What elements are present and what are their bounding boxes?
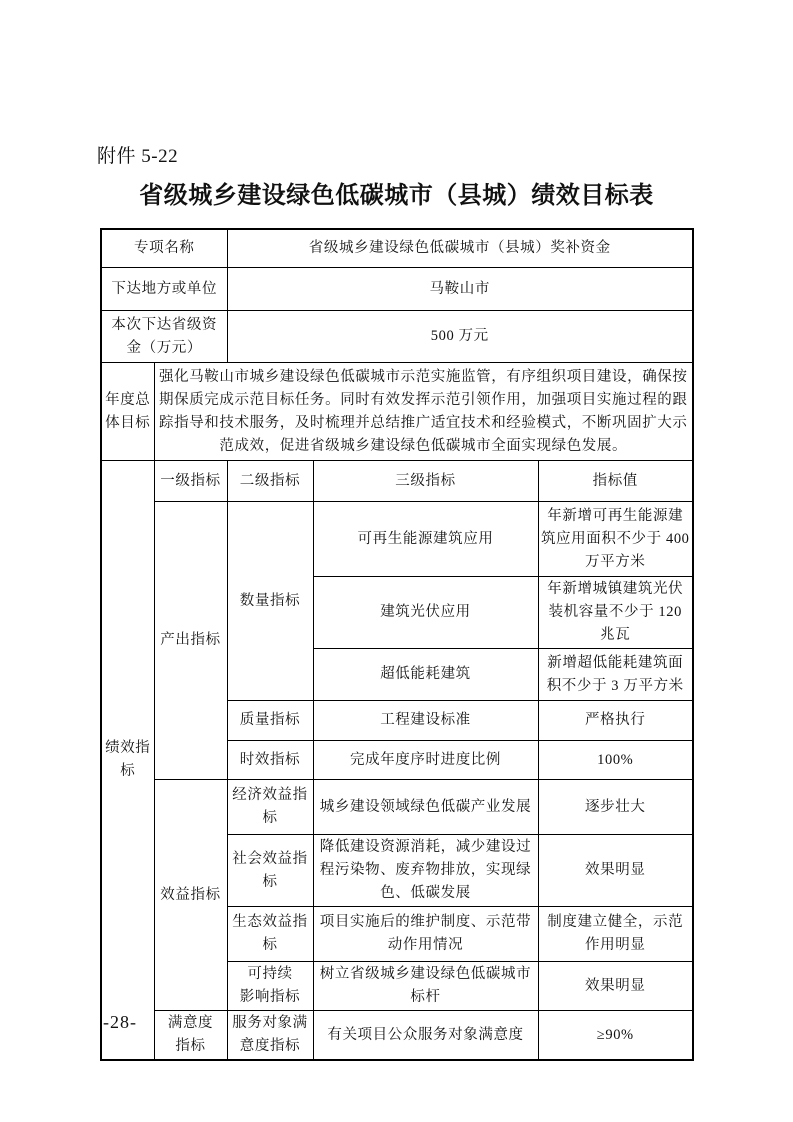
- indicator-timeliness: 完成年度序时进度比例: [313, 741, 538, 780]
- row-renewable-energy: 产出指标 数量指标 可再生能源建筑应用 年新增可再生能源建筑应用面积不少于 40…: [101, 502, 693, 577]
- value-renewable: 年新增可再生能源建筑应用面积不少于 400 万平方米: [538, 502, 693, 577]
- indicator-renewable: 可再生能源建筑应用: [313, 502, 538, 577]
- value-economic: 逐步壮大: [538, 780, 693, 835]
- sustainable-impact-label: 可持续 影响指标: [227, 962, 313, 1011]
- output-label: 产出指标: [154, 502, 227, 780]
- indicator-social: 降低建设资源消耗，减少建设过程污染物、废弃物排放，实现绿色、低碳发展: [313, 835, 538, 907]
- header-level1: 一级指标: [154, 461, 227, 502]
- annual-goal-label: 年度总体目标: [101, 363, 154, 461]
- satisfaction-sub-label: 服务对象满意度指标: [227, 1011, 313, 1061]
- fund-value: 500 万元: [227, 311, 693, 363]
- indicator-economic: 城乡建设领域绿色低碳产业发展: [313, 780, 538, 835]
- indicator-ecological: 项目实施后的维护制度、示范带动作用情况: [313, 907, 538, 962]
- indicator-building-pv: 建筑光伏应用: [313, 577, 538, 649]
- indicators-section-label: 绩效指标: [101, 461, 154, 1061]
- header-value: 指标值: [538, 461, 693, 502]
- row-region: 下达地方或单位 马鞍山市: [101, 268, 693, 311]
- timeliness-label: 时效指标: [227, 741, 313, 780]
- document-page: 附件 5-22 省级城乡建设绿色低碳城市（县城）绩效目标表 专项名称 省级城乡建…: [0, 0, 793, 1122]
- value-satisfaction: ≥90%: [538, 1011, 693, 1061]
- fund-label: 本次下达省级资金（万元）: [101, 311, 227, 363]
- value-ultra-low-energy: 新增超低能耗建筑面积不少于 3 万平方米: [538, 649, 693, 701]
- ecological-benefit-label: 生态效益指标: [227, 907, 313, 962]
- value-social: 效果明显: [538, 835, 693, 907]
- row-economic-benefit: 效益指标 经济效益指标 城乡建设领域绿色低碳产业发展 逐步壮大: [101, 780, 693, 835]
- benefit-label: 效益指标: [154, 780, 227, 1011]
- quality-label: 质量指标: [227, 701, 313, 741]
- value-timeliness: 100%: [538, 741, 693, 780]
- page-number: -28-: [103, 1012, 137, 1033]
- indicator-ultra-low-energy: 超低能耗建筑: [313, 649, 538, 701]
- performance-target-table: 专项名称 省级城乡建设绿色低碳城市（县城）奖补资金 下达地方或单位 马鞍山市 本…: [100, 228, 694, 1061]
- project-name-value: 省级城乡建设绿色低碳城市（县城）奖补资金: [227, 229, 693, 268]
- social-benefit-label: 社会效益指标: [227, 835, 313, 907]
- attachment-label: 附件 5-22: [97, 141, 178, 168]
- indicator-sustainable: 树立省级城乡建设绿色低碳城市标杆: [313, 962, 538, 1011]
- value-ecological: 制度建立健全，示范作用明显: [538, 907, 693, 962]
- row-satisfaction: 满意度 指标 服务对象满意度指标 有关项目公众服务对象满意度 ≥90%: [101, 1011, 693, 1061]
- row-project-name: 专项名称 省级城乡建设绿色低碳城市（县城）奖补资金: [101, 229, 693, 268]
- annual-goal-text: 强化马鞍山市城乡建设绿色低碳城市示范实施监管，有序组织项目建设，确保按期保质完成…: [154, 363, 693, 461]
- region-label: 下达地方或单位: [101, 268, 227, 311]
- value-quality: 严格执行: [538, 701, 693, 741]
- header-level2: 二级指标: [227, 461, 313, 502]
- value-building-pv: 年新增城镇建筑光伏装机容量不少于 120 兆瓦: [538, 577, 693, 649]
- row-fund: 本次下达省级资金（万元） 500 万元: [101, 311, 693, 363]
- header-level3: 三级指标: [313, 461, 538, 502]
- economic-benefit-label: 经济效益指标: [227, 780, 313, 835]
- page-title: 省级城乡建设绿色低碳城市（县城）绩效目标表: [0, 175, 793, 210]
- satisfaction-label: 满意度 指标: [154, 1011, 227, 1061]
- indicator-satisfaction: 有关项目公众服务对象满意度: [313, 1011, 538, 1061]
- quantity-label: 数量指标: [227, 502, 313, 701]
- region-value: 马鞍山市: [227, 268, 693, 311]
- value-sustainable: 效果明显: [538, 962, 693, 1011]
- indicator-quality: 工程建设标准: [313, 701, 538, 741]
- project-name-label: 专项名称: [101, 229, 227, 268]
- row-annual-goal: 年度总体目标 强化马鞍山市城乡建设绿色低碳城市示范实施监管，有序组织项目建设，确…: [101, 363, 693, 461]
- row-indicator-headers: 绩效指标 一级指标 二级指标 三级指标 指标值: [101, 461, 693, 502]
